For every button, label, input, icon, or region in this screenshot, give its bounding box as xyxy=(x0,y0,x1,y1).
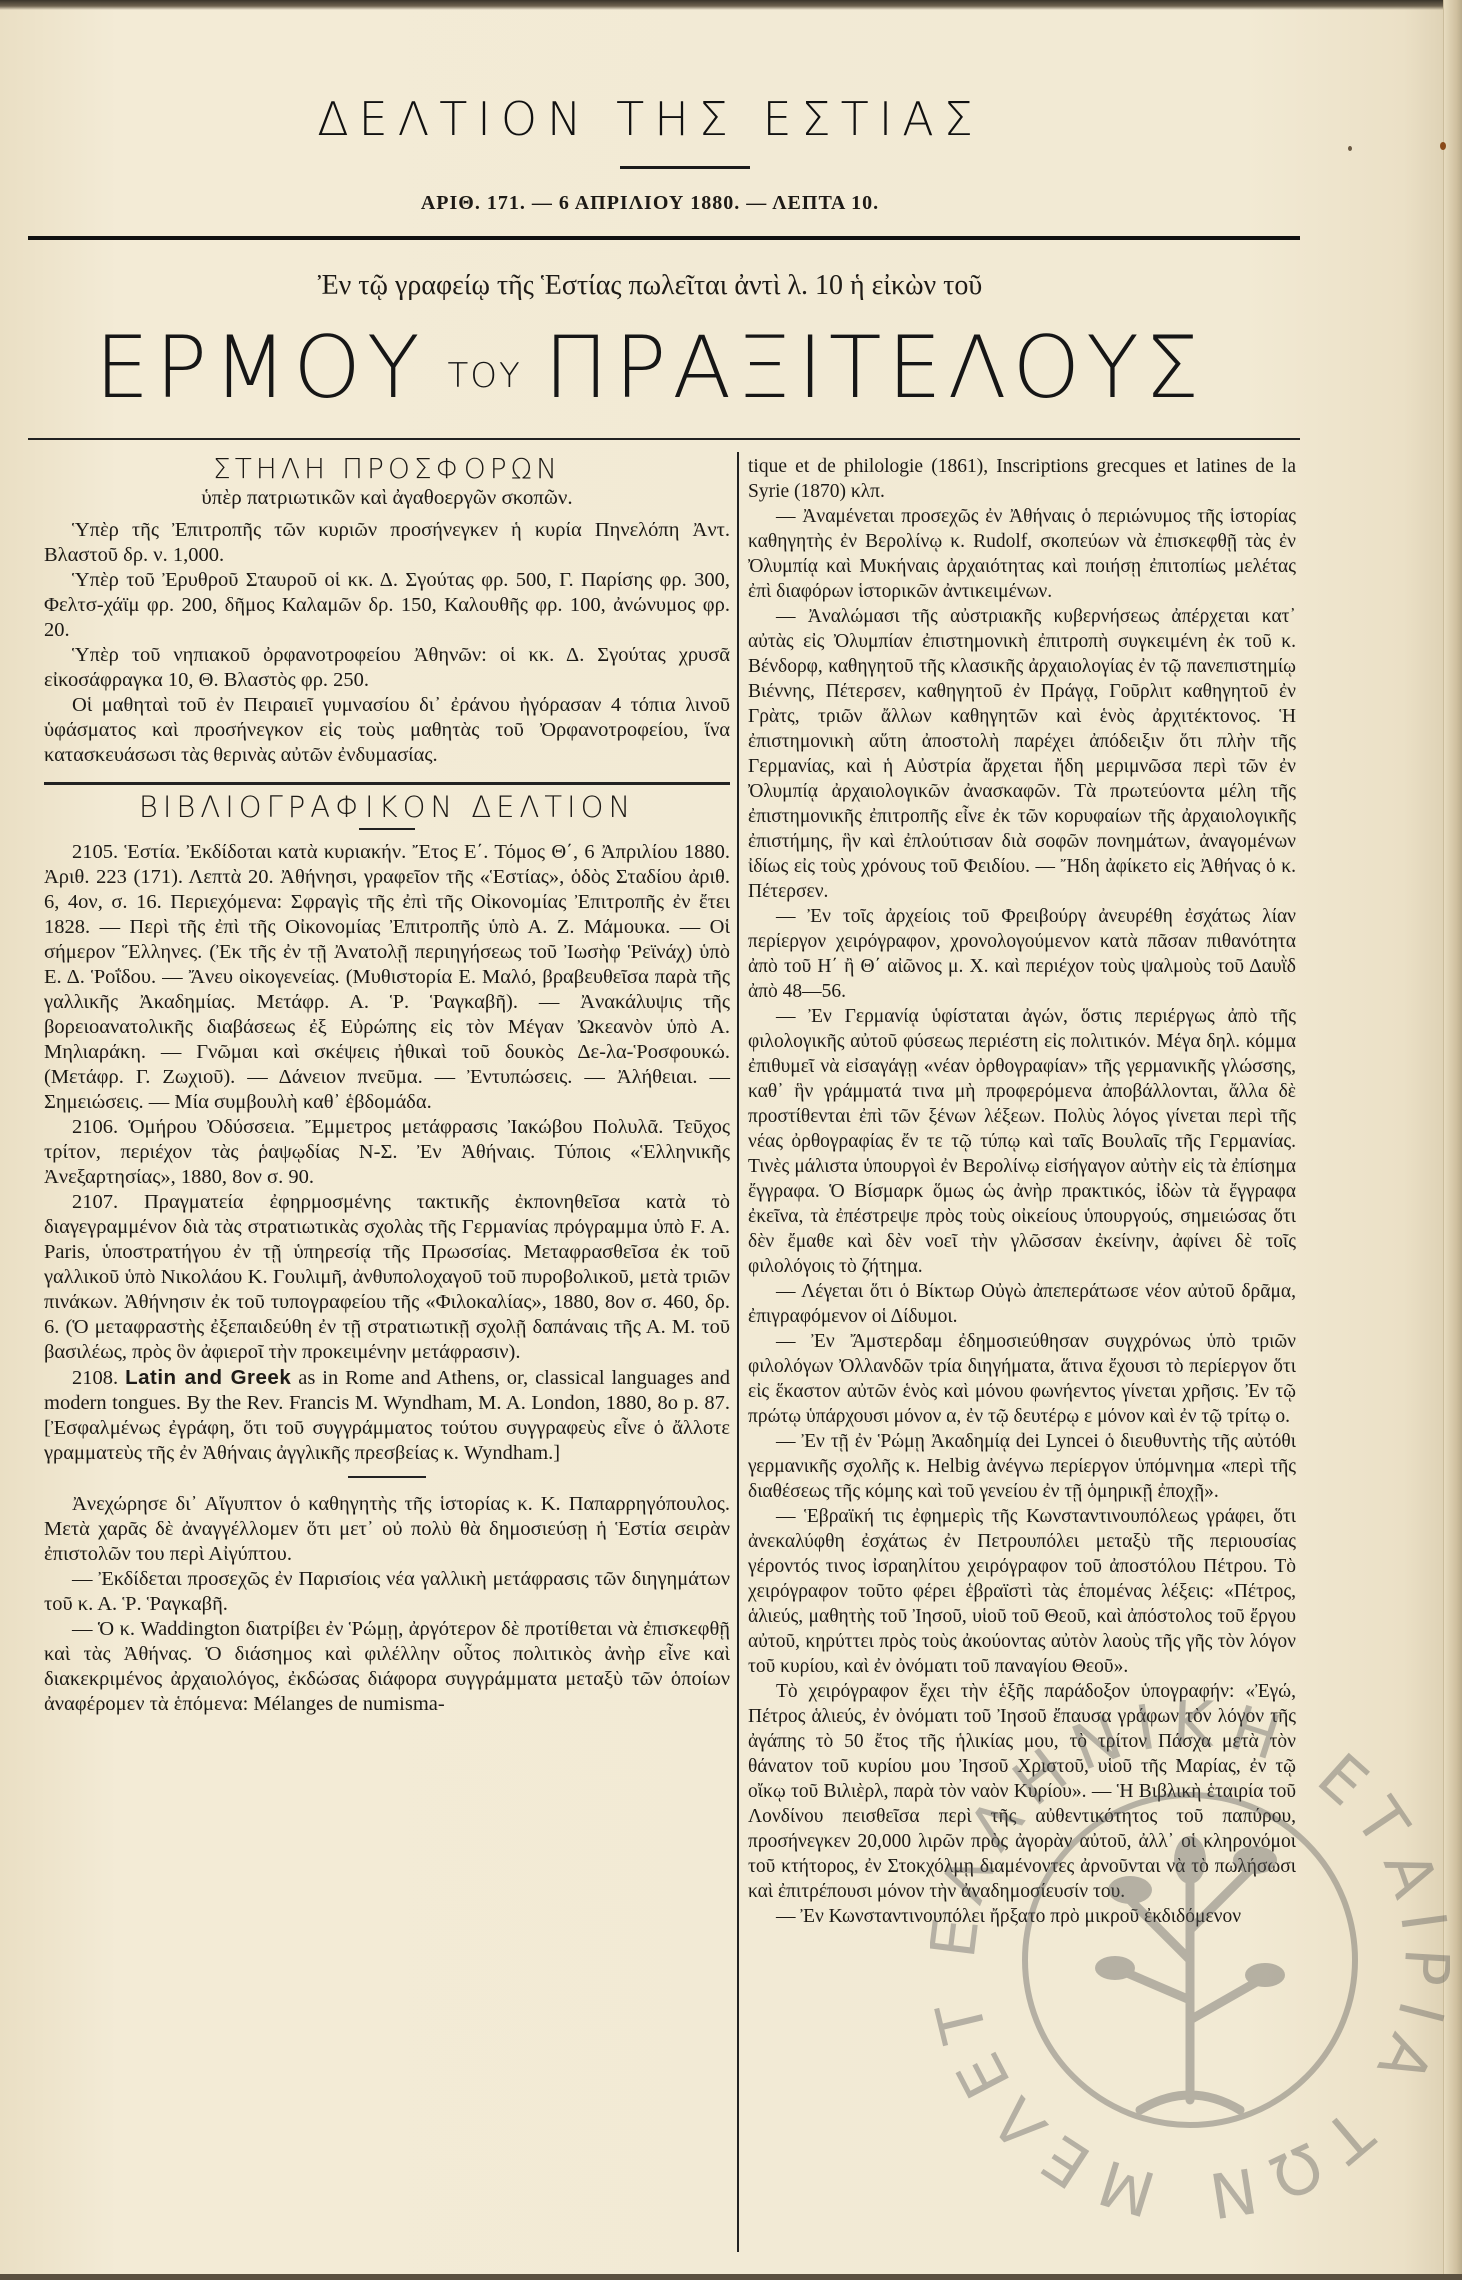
bibliography-title-rule xyxy=(359,828,415,830)
news-item: — Ἑβραϊκή τις ἐφημερὶς τῆς Κωνσταντινουπ… xyxy=(748,1504,1296,1679)
paper-speck xyxy=(1348,146,1352,151)
promo-divider xyxy=(28,438,1300,440)
offers-paragraph: Ὑπὲρ τοῦ νηπιακοῦ ὀρφανοτροφείου Ἀθηνῶν:… xyxy=(44,643,730,693)
promo-line: Ἐν τῷ γραφείῳ τῆς Ἑστίας πωλεῖται ἀντὶ λ… xyxy=(0,270,1300,302)
section-divider xyxy=(44,782,730,785)
news-item: — Ἐκδίδεται προσεχῶς ἐν Παρισίοις νέα γα… xyxy=(44,1567,730,1617)
column-divider xyxy=(737,452,739,2252)
news-item: — Ἐν τοῖς ἀρχείοις τοῦ Φρειβούργ ἀνευρέθ… xyxy=(748,904,1296,1004)
bibliography-entry: 2108. Latin and Greek as in Rome and Ath… xyxy=(44,1365,730,1466)
news-item: — Ὁ κ. Waddington διατρίβει ἐν Ῥώμῃ, ἀργ… xyxy=(44,1617,730,1717)
news-item: — Λέγεται ὅτι ὁ Βίκτωρ Οὐγὼ ἀπεπεράτωσε … xyxy=(748,1279,1296,1329)
right-column: tique et de philologie (1861), Inscripti… xyxy=(748,454,1296,1929)
masthead-title: ΔΕΛΤΙΟΝ ΤΗΣ ΕΣΤΙΑΣ xyxy=(0,92,1300,146)
bibliography-entry: 2106. Ὁμήρου Ὀδύσσεια. Ἔμμετρος μετάφρασ… xyxy=(44,1115,730,1190)
bibliography-entry: 2107. Πραγματεία ἐφηρμοσμένης τακτικῆς ἐ… xyxy=(44,1190,730,1365)
news-item: tique et de philologie (1861), Inscripti… xyxy=(748,454,1296,504)
entry-number: 2105. xyxy=(72,841,118,863)
bibliography-title: ΒΙΒΛΙΟΓΡΑΦΙΚΟΝ ΔΕΛΤΙΟΝ xyxy=(44,795,730,820)
news-item: — Ἐν Ἄμστερδαμ ἐδημοσιεύθησαν συγχρόνως … xyxy=(748,1329,1296,1429)
newspaper-page: ΔΕΛΤΙΟΝ ΤΗΣ ΕΣΤΙΑΣ ΑΡΙΘ. 171. — 6 ΑΠΡΙΛΙ… xyxy=(0,0,1462,2280)
masthead-rule xyxy=(620,166,750,169)
page-bottom-edge xyxy=(0,2274,1462,2280)
entry-text: Ἑστία. Ἐκδίδοται κατὰ κυριακήν. Ἔτος Ε΄.… xyxy=(44,841,730,1113)
promo-big-right: ΠΡΑΞΙΤΕΛΟΥΣ xyxy=(544,318,1205,418)
offers-paragraph: Οἱ μαθηταὶ τοῦ ἐν Πειραιεῖ γυμνασίου δι᾽… xyxy=(44,693,730,768)
entry-text: Ὁμήρου Ὀδύσσεια. Ἔμμετρος μετάφρασις Ἰακ… xyxy=(44,1116,730,1188)
promo-big-mid: ΤΟΥ xyxy=(447,356,521,396)
paper-speck xyxy=(1440,142,1446,150)
entry-text: Πραγματεία ἐφηρμοσμένης τακτικῆς ἐκπονηθ… xyxy=(44,1191,730,1363)
news-item: — Ἀναλώμασι τῆς αὐστριακῆς κυβερνήσεως ἀ… xyxy=(748,604,1296,904)
news-item: — Ἐν Γερμανίᾳ ὑφίσταται ἀγών, ὅστις περι… xyxy=(748,1004,1296,1279)
offers-paragraph: Ὑπὲρ τοῦ Ἐρυθροῦ Σταυροῦ οἱ κκ. Δ. Σγούτ… xyxy=(44,568,730,643)
news-item: Ἀνεχώρησε δι᾽ Αἴγυπτον ὁ καθηγητὴς τῆς ἱ… xyxy=(44,1492,730,1567)
entry-title: Latin and Greek xyxy=(125,1366,291,1389)
page-top-edge xyxy=(0,0,1462,10)
offers-subtitle: ὑπὲρ πατριωτικῶν καὶ ἀγαθοεργῶν σκοπῶν. xyxy=(44,485,730,510)
entry-number: 2106. xyxy=(72,1116,118,1138)
left-column: ΣΤΗΛΗ ΠΡΟΣΦΟΡΩΝ ὑπὲρ πατριωτικῶν καὶ ἀγα… xyxy=(44,454,730,1717)
header-divider xyxy=(28,236,1300,240)
entry-number: 2108. xyxy=(72,1367,118,1389)
bibliography-entry: 2105. Ἑστία. Ἐκδίδοται κατὰ κυριακήν. Ἔτ… xyxy=(44,840,730,1115)
news-item: — Ἐν Κωνσταντινουπόλει ἤρξατο πρὸ μικροῦ… xyxy=(748,1904,1296,1929)
news-item: — Ἀναμένεται προσεχῶς ἐν Ἀθήναις ὁ περιώ… xyxy=(748,504,1296,604)
page-right-edge xyxy=(1443,0,1462,2280)
news-item: — Ἐν τῇ ἐν Ῥώμῃ Ἀκαδημίᾳ dei Lyncei ὁ δι… xyxy=(748,1429,1296,1504)
news-divider xyxy=(348,1476,426,1478)
offers-paragraph: Ὑπὲρ τῆς Ἐπιτροπῆς τῶν κυριῶν προσήνεγκε… xyxy=(44,518,730,568)
offers-title: ΣΤΗΛΗ ΠΡΟΣΦΟΡΩΝ xyxy=(44,456,730,481)
news-item: Τὸ χειρόγραφον ἔχει τὴν ἑξῆς παράδοξον ὑ… xyxy=(748,1679,1296,1904)
entry-number: 2107. xyxy=(72,1191,118,1213)
promo-headline: ΕΡΜΟΥΤΟΥΠΡΑΞΙΤΕΛΟΥΣ xyxy=(0,318,1300,426)
promo-big-left: ΕΡΜΟΥ xyxy=(95,318,426,418)
issue-line: ΑΡΙΘ. 171. — 6 ΑΠΡΙΛΙΟΥ 1880. — ΛΕΠΤΑ 10… xyxy=(0,192,1300,215)
